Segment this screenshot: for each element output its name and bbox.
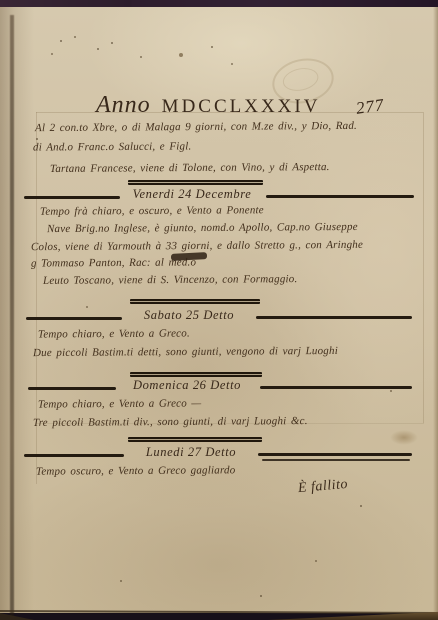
- heading-rule-right-double: [262, 459, 410, 461]
- entry-line: Due piccoli Bastim.ti detti, sono giunti…: [33, 345, 338, 359]
- entry-line: Tempo oscuro, e Vento a Greco gagliardo: [36, 464, 236, 477]
- day-heading: Sabato 25 Detto: [124, 308, 254, 323]
- section-divider-bar: [130, 299, 260, 304]
- page-title-year-roman: MDCCLXXXIV: [162, 96, 321, 117]
- heading-rule-right: [260, 386, 412, 389]
- intro-line: Al 2 con.to Xbre, o di Malaga 9 giorni, …: [35, 120, 357, 134]
- section-divider-bar: [128, 437, 262, 442]
- page-title-anno: Anno: [96, 92, 151, 118]
- entry-line: Nave Brig.no Inglese, è giunto, nomd.o A…: [47, 221, 358, 235]
- gutter-crease: [10, 15, 14, 619]
- margin-line-right: [423, 113, 424, 423]
- heading-rule-right: [258, 453, 412, 456]
- page-right-edge: [433, 7, 438, 613]
- heading-rule-left: [28, 387, 116, 390]
- section-divider-bar: [130, 372, 262, 377]
- intro-line: di And.o Franc.o Salucci, e Figl.: [33, 140, 191, 153]
- day-heading: Domenica 26 Detto: [116, 378, 258, 393]
- section-divider-bar: [128, 180, 263, 185]
- intro-line: Tartana Francese, viene di Tolone, con V…: [50, 161, 330, 175]
- day-heading: Venerdi 24 Decembre: [118, 187, 266, 202]
- page-title: Anno MDCCLXXXIV: [96, 92, 320, 119]
- ink-specks: [60, 40, 62, 42]
- entry-line: Leuto Toscano, viene di S. Vincenzo, con…: [43, 273, 298, 287]
- heading-rule-right: [266, 195, 414, 198]
- entry-line: Tempo frà chiaro, e oscuro, e Vento a Po…: [40, 204, 264, 218]
- margin-note-fallito: È fallito: [297, 477, 348, 497]
- heading-rule-left: [24, 196, 120, 199]
- heading-rule-right: [256, 316, 412, 319]
- manuscript-page: Anno MDCCLXXXIV 277 Al 2 con.to Xbre, o …: [0, 7, 438, 613]
- page-number: 277: [355, 95, 386, 119]
- heading-rule-left: [26, 317, 122, 320]
- crossed-out-word: [171, 252, 207, 261]
- heading-rule-left: [24, 454, 124, 457]
- entry-line: Colos, viene di Yarmouth à 33 giorni, e …: [31, 239, 363, 253]
- entry-line: Tempo chiaro, e Vento a Greco.: [38, 327, 190, 340]
- manuscript-photo: Anno MDCCLXXXIV 277 Al 2 con.to Xbre, o …: [0, 0, 438, 620]
- book-bottom-left-edge: [0, 613, 34, 620]
- entry-line: Tre piccoli Bastim.ti div., sono giunti,…: [33, 415, 308, 429]
- entry-line: Tempo chiaro, e Vento a Greco —: [38, 397, 201, 410]
- paper-smudge: [390, 430, 418, 445]
- day-heading: Lunedi 27 Detto: [126, 445, 256, 460]
